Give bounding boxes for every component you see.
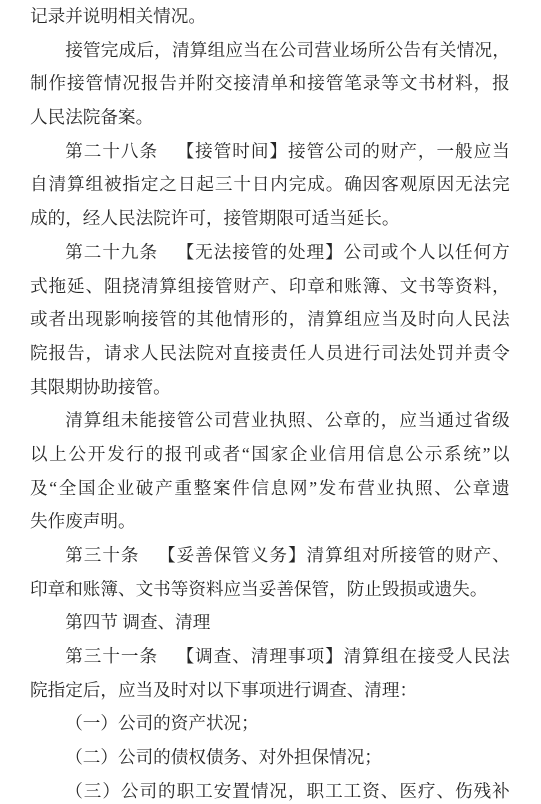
text-char: 息 [386,438,404,472]
text-char: 接 [65,34,83,68]
text-char: 业 [309,438,327,472]
text-char: 人 [141,337,159,371]
text-char: 院 [30,337,48,371]
text-char: 清 [344,640,362,674]
text-char: 通 [436,404,454,438]
text-char: 起 [196,168,214,202]
text-char: 清 [65,404,83,438]
text-char: 资 [455,270,473,304]
text-char: 司 [381,337,399,371]
text-char: 管 [214,135,232,169]
text-char: 报 [492,67,510,101]
text-char: 管 [418,539,436,573]
text-char: 刊 [184,438,202,472]
text-char: 家 [271,438,289,472]
text-char: 对 [362,539,380,573]
text-char: 接 [141,303,159,337]
text-line: 以上公开发行的报刊或者“国家企业信用信息公示系统”以 [30,438,510,472]
text-char: 管 [251,236,269,270]
text-char: 工 [325,775,343,804]
text-char: 、 [270,270,288,304]
text-line: 院报告，请求人民法院对直接责任人员进行司法处罚并责令 [30,337,510,371]
text-char: 息 [271,472,289,506]
text-char: 录 [363,67,381,101]
text-char: 等 [381,67,399,101]
text-char: 他 [215,303,233,337]
text-char: ， [289,303,307,337]
text-char: 对 [215,337,233,371]
text-char: 的 [178,303,196,337]
text-char: 定 [141,168,159,202]
text-char: 第 [65,539,83,573]
text-char: 制 [30,67,48,101]
text-char: 况 [122,67,140,101]
text-line: 成的，经人民法院许可，接管期限可适当延长。 [30,202,510,236]
text-char: 统 [463,438,481,472]
text-char: 【 [158,539,176,573]
text-char: 三 [215,168,233,202]
text-char: 成 [119,34,137,68]
text-char: ） [102,775,120,804]
text-char: 伤 [455,775,473,804]
text-char: ， [381,404,399,438]
text-line: 印章和账簿、文书等资料应当妥善保管，防止毁损或遗失。 [30,573,510,607]
text-char: 开 [88,438,106,472]
text-char: ， [288,775,306,804]
text-char: 职 [307,775,325,804]
text-char: 二 [84,135,102,169]
text-char: 产 [155,472,173,506]
text-char: ， [492,34,510,68]
text-char: 清 [251,640,269,674]
text-char: 确 [344,168,362,202]
text-char: 财 [233,270,251,304]
text-char: 算 [84,404,102,438]
text-char: 发 [107,438,125,472]
text-line: 制作接管情况报告并附交接清单和接管笔录等文书材料，报 [30,67,510,101]
text-char: 组 [102,404,120,438]
text-char: 一 [436,135,454,169]
text-char: 条 [139,135,157,169]
text-char: 善 [195,539,213,573]
text-char: 阻 [104,270,122,304]
text-char: 信 [328,438,346,472]
text-char: 破 [136,472,154,506]
text-char: 示 [425,438,443,472]
text-char: 十 [233,168,251,202]
text-char: 十 [102,640,120,674]
text-char: 清 [172,34,190,68]
text-line: 人民法院备案。 [30,101,510,135]
text-char: 或 [381,236,399,270]
text-char: 职 [177,775,195,804]
text-char: 【 [177,236,195,270]
text-char: 在 [261,34,279,68]
text-char: 清 [307,539,325,573]
text-char: 管 [215,270,233,304]
text-char: 的 [436,539,454,573]
text-char: 第 [65,135,83,169]
text-char: 自 [30,168,48,202]
text-char: 并 [178,67,196,101]
text-char: 算 [159,270,177,304]
text-char: 组 [208,34,226,68]
text-char: 业 [251,404,269,438]
text-char: 清 [252,67,270,101]
text-char: 接 [232,236,250,270]
text-char: 延 [67,270,85,304]
text-char: 法 [492,640,510,674]
text-char: 接 [195,135,213,169]
text-char: 方 [492,236,510,270]
text-char: ， [85,337,103,371]
text-char: 并 [455,337,473,371]
text-char: 司 [362,236,380,270]
text-char: 司 [214,404,232,438]
text-char: 的 [270,303,288,337]
text-char: 营 [314,34,332,68]
text-char: 疗 [418,775,436,804]
text-char: 进 [344,337,362,371]
text-char: 算 [362,640,380,674]
text-char: 章 [307,270,325,304]
text-char: 者 [48,303,66,337]
text-char: 管 [232,539,250,573]
text-char: 及 [30,472,48,506]
text-char: 客 [381,168,399,202]
text-char: 当 [381,303,399,337]
text-char: 指 [122,168,140,202]
text-char: 情 [251,775,269,804]
text-char [139,539,157,573]
text-char: 直 [233,337,251,371]
text-char: 应 [363,303,381,337]
text-char: 民 [474,640,492,674]
text-char: 整 [194,472,212,506]
text-char: 置 [232,775,250,804]
text-char: 簿 [363,270,381,304]
text-char: 法 [492,303,510,337]
text-char: 处 [418,337,436,371]
text-char: 完 [289,168,307,202]
text-char: 九 [121,236,139,270]
text-char: 人 [455,303,473,337]
text-char: 间 [251,135,269,169]
text-char: 上 [49,438,67,472]
text-char: 响 [122,303,140,337]
text-char: 查 [214,640,232,674]
text-char: 者 [223,438,241,472]
text-char: 未 [121,404,139,438]
text-line: （一）公司的资产状况； [30,707,510,741]
text-char: 管 [159,303,177,337]
text-char: 公 [386,34,404,68]
text-char: 调 [195,640,213,674]
text-char [158,236,176,270]
text-char: 之 [159,168,177,202]
text-char: 应 [399,404,417,438]
text-char: 情 [233,303,251,337]
text-char: 人 [455,640,473,674]
text-char: 任 [455,236,473,270]
text-char: 公 [344,236,362,270]
text-char: 财 [381,135,399,169]
text-char: 因 [437,168,455,202]
text-char: 关 [439,34,457,68]
text-char: 时 [418,303,436,337]
text-char: 所 [368,34,386,68]
text-char: 内 [270,168,288,202]
text-char: 的 [362,404,380,438]
text-char: 第 [65,640,83,674]
text-char: ” [309,472,317,506]
text-char: 产 [252,270,270,304]
text-char: 八 [121,135,139,169]
text-char: 报 [48,337,66,371]
text-line: 第二十九条 【无法接管的处理】公司或个人以任何方 [30,236,510,270]
text-char: 或 [203,438,221,472]
text-char: 场 [350,34,368,68]
text-char: 业 [332,34,350,68]
text-line: 记录并说明相关情况。 [30,0,510,34]
text-char: 受 [436,640,454,674]
text-char: 般 [455,135,473,169]
text-char: 况 [475,34,493,68]
text-char: 义 [251,539,269,573]
text-char: 二 [84,236,102,270]
text-char: 观 [400,168,418,202]
text-char: 式 [30,270,48,304]
text-char: 、 [232,640,250,674]
text-line: 第三十条 【妥善保管义务】清算组对所接管的财产、 [30,539,510,573]
text-char: 组 [85,168,103,202]
text-char: 所 [381,539,399,573]
text-char: 条 [139,640,157,674]
text-char: 。 [326,168,344,202]
text-char: 【 [177,135,195,169]
text-char: 清 [48,168,66,202]
text-char: 的 [269,236,287,270]
text-char: 公 [69,438,87,472]
text-char: 、 [434,472,452,506]
text-char: 拖 [48,270,66,304]
text-char: 国 [251,438,269,472]
text-char: 罚 [437,337,455,371]
text-char: 组 [344,539,362,573]
text-char: 章 [473,472,491,506]
document-page: 记录并说明相关情况。接管完成后，清算组应当在公司营业场所公告有关情况，制作接管情… [0,0,541,804]
text-char: 接 [196,270,214,304]
text-char: 法 [474,168,492,202]
text-char: 安 [214,775,232,804]
text-char: 工 [344,775,362,804]
text-char: 照 [415,472,433,506]
text-char: 、 [381,270,399,304]
text-char: 清 [141,270,159,304]
text-char: 账 [344,270,362,304]
text-char: 产 [474,539,492,573]
text-char: 请 [104,337,122,371]
text-char: 工 [195,775,213,804]
text-char: 第 [65,236,83,270]
text-char: 企 [290,438,308,472]
text-char: 形 [252,303,270,337]
text-char: 后 [136,34,154,68]
text-char: 资 [362,775,380,804]
text-line: 院指定后，应当及时对以下事项进行调查、清理： [30,674,510,708]
text-char: 当 [243,34,261,68]
text-char: 何 [474,236,492,270]
text-char: 影 [104,303,122,337]
text-char: ， [474,67,492,101]
text-line: 第三十一条 【调查、清理事项】清算组在接受人民法 [30,640,510,674]
text-char: 院 [196,337,214,371]
text-char: 令 [492,337,510,371]
text-char: 清 [307,303,325,337]
text-char: 以 [492,438,510,472]
text-char: 业 [117,472,135,506]
text-char: 接 [158,404,176,438]
text-char: 企 [97,472,115,506]
text-char: 管 [83,34,101,68]
text-char: 全 [59,472,77,506]
text-char: “ [242,438,250,472]
text-char: 印 [289,270,307,304]
text-char: 管 [177,404,195,438]
text-char: 接 [288,135,306,169]
text-char: 人 [307,337,325,371]
text-line: 式拖延、阻挠清算组接管财产、印章和账簿、文书等资料， [30,270,510,304]
text-char: ” [483,438,491,472]
text-char: 个 [399,236,417,270]
text-char: 条 [121,539,139,573]
text-line: 第二十八条 【接管时间】接管公司的财产，一般应当 [30,135,510,169]
text-char: 系 [444,438,462,472]
text-char: 发 [319,472,337,506]
text-char: 省 [474,404,492,438]
text-char: 文 [400,67,418,101]
text-char: 过 [455,404,473,438]
text-char: 国 [78,472,96,506]
text-char: 告 [403,34,421,68]
text-char: 、 [436,775,454,804]
text-char: 、 [85,270,103,304]
text-char: 的 [146,438,164,472]
text-char: 管 [326,67,344,101]
text-char: 组 [344,303,362,337]
text-char: 当 [418,404,436,438]
text-char: 】 [269,135,287,169]
text-char: 的 [158,775,176,804]
text-char: 接 [418,640,436,674]
text-char: 法 [178,337,196,371]
text-char: 接 [307,67,325,101]
text-char: 项 [307,640,325,674]
text-char: 接 [252,337,270,371]
text-char: 医 [399,775,417,804]
text-char: 、 [492,539,510,573]
text-char: 管 [85,67,103,101]
text-char: 原 [418,168,436,202]
text-char: 事 [288,640,306,674]
text-line: 自清算组被指定之日起三十日内完成。确因客观原因无法完 [30,168,510,202]
text-char: 处 [288,236,306,270]
text-char: 】 [325,236,343,270]
text-char: 公 [325,404,343,438]
text-char: 十 [102,539,120,573]
text-char: 级 [492,404,510,438]
text-char: 法 [214,236,232,270]
text-char: 行 [126,438,144,472]
text-char: 民 [474,303,492,337]
text-char: 告 [159,67,177,101]
text-char: 以 [436,236,454,270]
text-char: 求 [122,337,140,371]
text-char: 文 [400,270,418,304]
text-char: 理 [307,236,325,270]
text-char: 残 [474,775,492,804]
text-char: 材 [437,67,455,101]
text-char: 成 [307,168,325,202]
text-char: 和 [289,67,307,101]
text-char: 条 [139,236,157,270]
text-char: 的 [362,135,380,169]
text-line: 第四节 调查、清理 [30,606,510,640]
text-char: 和 [326,270,344,304]
text-char: 无 [195,236,213,270]
text-line: （三）公司的职工安置情况，职工工资、医疗、伤残补 [30,775,510,804]
text-char: 出 [67,303,85,337]
text-char: 员 [326,337,344,371]
text-char: 、 [381,775,399,804]
text-char: 三 [84,775,102,804]
text-char: 料 [455,67,473,101]
text-char: 算 [325,539,343,573]
text-char: 执 [269,404,287,438]
text-char: 用 [348,438,366,472]
text-char: 日 [252,168,270,202]
text-char: 无 [455,168,473,202]
text-char: 司 [297,34,315,68]
text-char: 被 [104,168,122,202]
text-char: 挠 [122,270,140,304]
text-char: 或 [30,303,48,337]
text-char: 现 [85,303,103,337]
text-char: 能 [139,404,157,438]
text-char: 司 [139,775,157,804]
text-char: 向 [437,303,455,337]
text-line: 失作废声明。 [30,505,510,539]
text-char: 执 [396,472,414,506]
text-char [158,640,176,674]
text-char: 日 [178,168,196,202]
text-char: 补 [492,775,510,804]
text-char: 司 [344,135,362,169]
text-char: 书 [418,67,436,101]
text-char: 十 [102,236,120,270]
text-char: 其 [196,303,214,337]
text-char: 情 [104,67,122,101]
text-char [158,135,176,169]
text-char: 】 [288,539,306,573]
text-char: 告 [67,337,85,371]
text-char: 因 [363,168,381,202]
text-char: 以 [30,438,48,472]
text-char: 应 [225,34,243,68]
text-line: 其限期协助接管。 [30,371,510,405]
text-char: 有 [421,34,439,68]
text-line: （二）公司的债权债务、对外担保情况； [30,741,510,775]
